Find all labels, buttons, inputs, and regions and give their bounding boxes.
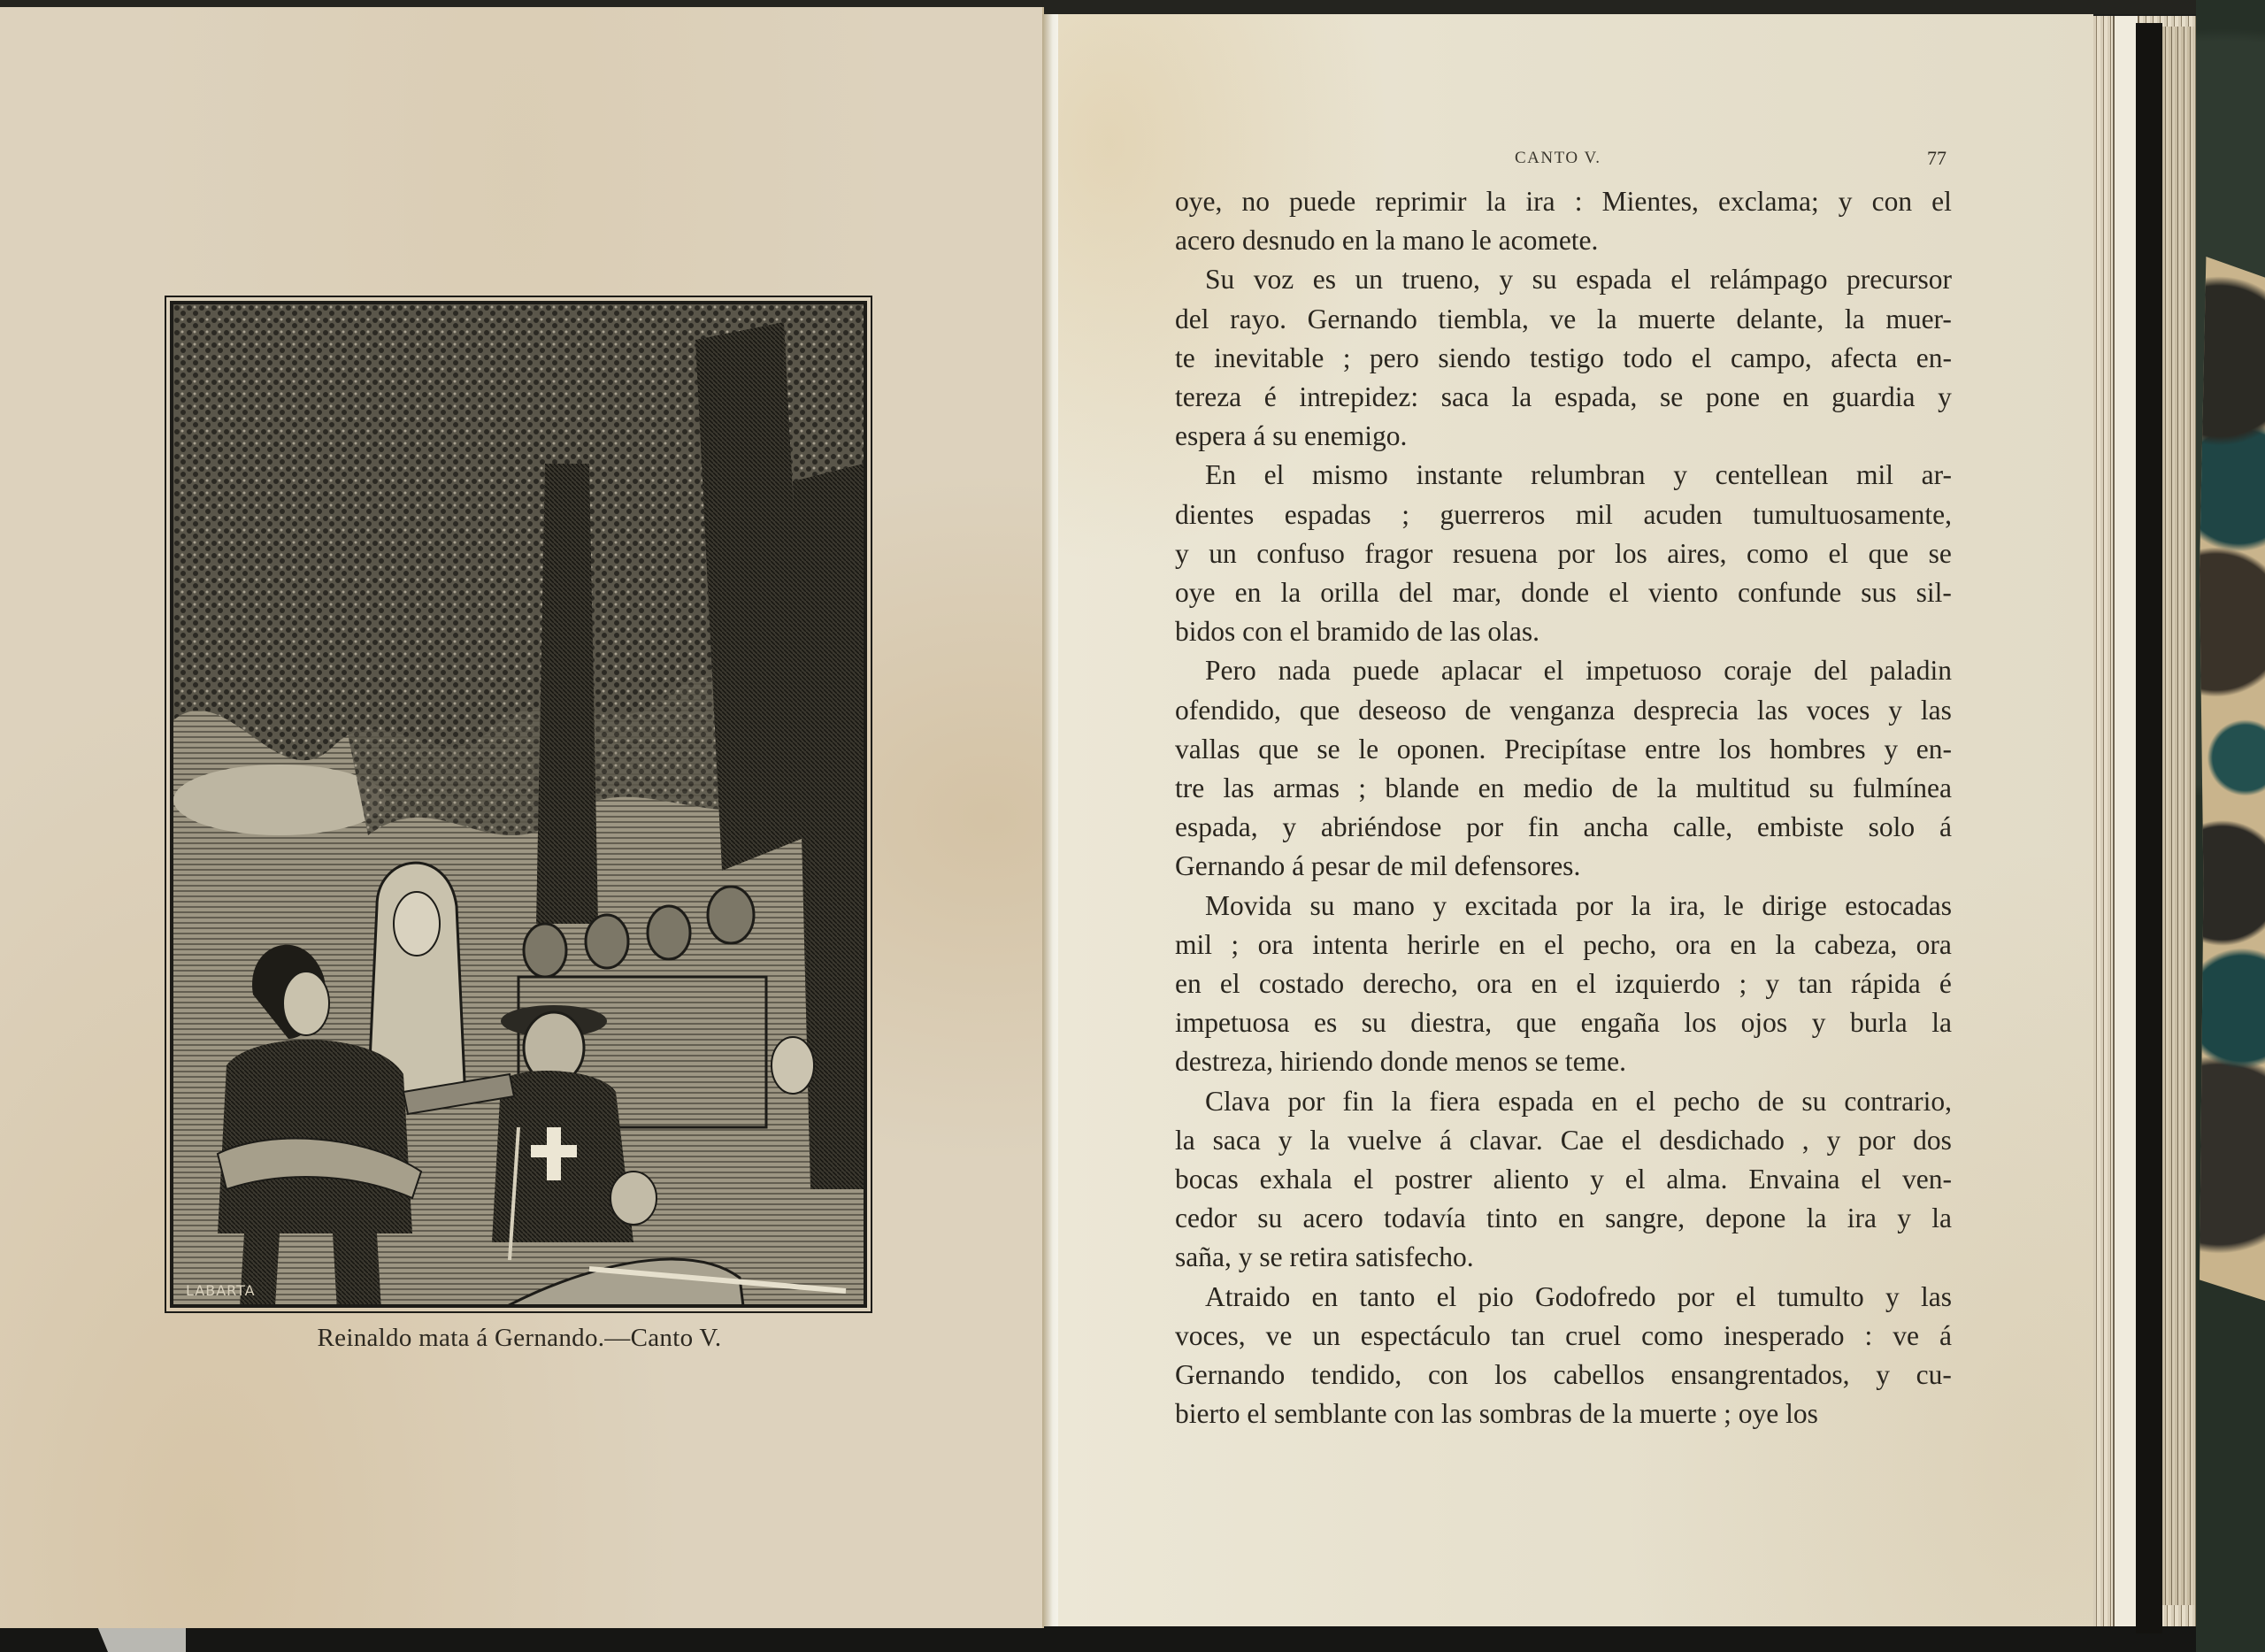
- word: cruel: [1565, 1317, 1621, 1356]
- word: la: [1931, 1003, 1952, 1042]
- word: que: [1516, 1003, 1556, 1042]
- word: pone: [1706, 378, 1760, 417]
- word: el: [1636, 1082, 1656, 1121]
- word: Su: [1205, 260, 1234, 299]
- word: dos: [1913, 1121, 1952, 1160]
- word: confunde: [1738, 573, 1841, 612]
- word: ar-: [1922, 456, 1952, 495]
- word: ven-: [1902, 1160, 1952, 1199]
- word: ira,: [1670, 887, 1706, 926]
- word: pero: [1370, 339, 1419, 378]
- word: desprecia: [1633, 691, 1739, 730]
- word: ;: [1739, 964, 1747, 1003]
- word: solo: [1869, 808, 1916, 847]
- word: contrario,: [1844, 1082, 1952, 1121]
- text-line: terezaéintrepidez:sacalaespada,seponeeng…: [1175, 378, 1952, 417]
- word: abriéndose: [1321, 808, 1441, 847]
- word: ora: [1258, 926, 1294, 964]
- word: que: [1869, 534, 1908, 573]
- marbled-endpaper: [2200, 257, 2265, 1301]
- word: y: [1432, 887, 1447, 926]
- word: dirige: [1762, 887, 1826, 926]
- word: derecho,: [1363, 964, 1458, 1003]
- word: engaña: [1581, 1003, 1660, 1042]
- word: su: [1801, 1082, 1826, 1121]
- word: le: [1358, 730, 1378, 769]
- word: en: [1311, 1278, 1338, 1317]
- word: mar,: [1452, 573, 1501, 612]
- running-head: CANTO V.: [1515, 149, 1601, 168]
- word: el: [1437, 1278, 1457, 1317]
- word: el: [1861, 1160, 1881, 1199]
- engraving-scene-icon: [173, 304, 864, 1304]
- word: vallas: [1175, 730, 1240, 769]
- word: vuelve: [1347, 1121, 1422, 1160]
- word: y: [1765, 964, 1779, 1003]
- word: guerreros: [1440, 496, 1545, 534]
- word: por: [1858, 1121, 1895, 1160]
- word: ;: [1343, 339, 1351, 378]
- word: en: [1592, 1082, 1618, 1121]
- text-line: Gernando á pesar de mil defensores.: [1175, 847, 1952, 886]
- word: coraje: [1724, 651, 1792, 690]
- word: campo,: [1731, 339, 1812, 378]
- word: y: [1673, 456, 1687, 495]
- text-line: AtraidoentantoelpioGodofredoporeltumulto…: [1175, 1278, 1952, 1317]
- word: y: [1885, 1278, 1900, 1317]
- word: es: [1314, 1003, 1337, 1042]
- text-line: impetuosaessudiestra,queengañalosojosybu…: [1175, 1003, 1952, 1042]
- text-line: cedorsuacerotodavíatintoensangre,deponel…: [1175, 1199, 1952, 1238]
- word: mil: [1576, 496, 1613, 534]
- word: oye,: [1175, 182, 1222, 221]
- word: :: [1575, 182, 1583, 221]
- text-line: mil;oraintentaherirleenelpecho,oraenlaca…: [1175, 926, 1952, 964]
- word: de: [1612, 769, 1639, 808]
- word: en: [1175, 964, 1202, 1003]
- word: hombres: [1770, 730, 1865, 769]
- text-line: Movidasumanoyexcitadaporlaira,ledirigees…: [1175, 887, 1952, 926]
- word: ora: [1676, 926, 1711, 964]
- word: el: [1670, 260, 1691, 299]
- word: voz: [1254, 260, 1294, 299]
- word: los: [1494, 1356, 1527, 1395]
- text-line: oye,nopuedereprimirlaira:Mientes,exclama…: [1175, 182, 1952, 221]
- word: diestra,: [1410, 1003, 1492, 1042]
- word: ;: [1358, 769, 1366, 808]
- word: su: [1362, 1003, 1386, 1042]
- text-line: espera á su enemigo.: [1175, 417, 1952, 456]
- word: tan: [1511, 1317, 1545, 1356]
- word: rápida: [1851, 964, 1921, 1003]
- word: Gernando: [1175, 1356, 1285, 1395]
- word: fin: [1528, 808, 1559, 847]
- word: dientes: [1175, 496, 1254, 534]
- text-line: Enelmismoinstanterelumbranycentelleanmil…: [1175, 456, 1952, 495]
- word: espadas: [1285, 496, 1371, 534]
- book-cover-bottom-edge: [0, 1626, 2265, 1652]
- text-line: Gernandotendido,conloscabellosensangrent…: [1175, 1356, 1952, 1395]
- word: se: [1929, 534, 1952, 573]
- text-line: enelcostadoderecho,oraenelizquierdo;ytan…: [1175, 964, 1952, 1003]
- text-line: teinevitable;perosiendotestigotodoelcamp…: [1175, 339, 1952, 378]
- word: testigo: [1530, 339, 1604, 378]
- word: á: [1939, 808, 1952, 847]
- text-line: lasacaylavuelveáclavar.Caeeldesdichado,y…: [1175, 1121, 1952, 1160]
- word: todavía: [1384, 1199, 1466, 1238]
- word: de: [1758, 1082, 1785, 1121]
- word: la: [1657, 769, 1678, 808]
- word: en-: [1916, 730, 1952, 769]
- word: relumbran: [1531, 456, 1645, 495]
- word: inevitable: [1214, 339, 1324, 378]
- word: é: [1264, 378, 1277, 417]
- text-line: bidos con el bramido de las olas.: [1175, 612, 1952, 651]
- word: puede: [1289, 182, 1355, 221]
- word: centellean: [1716, 456, 1829, 495]
- word: su: [1532, 260, 1557, 299]
- word: viento: [1648, 573, 1718, 612]
- text-line: oyeenlaorilladelmar,dondeelvientoconfund…: [1175, 573, 1952, 612]
- word: un: [1209, 534, 1237, 573]
- word: no: [1241, 182, 1270, 221]
- word: embiste: [1757, 808, 1844, 847]
- word: como: [1747, 534, 1808, 573]
- word: herirle: [1407, 926, 1479, 964]
- word: depone: [1705, 1199, 1785, 1238]
- word: delante,: [1736, 300, 1824, 339]
- word: el: [1931, 182, 1952, 221]
- paragraph: oye,nopuedereprimirlaira:Mientes,exclama…: [1175, 182, 1952, 260]
- word: y: [1812, 1003, 1826, 1042]
- word: cabeza,: [1815, 926, 1898, 964]
- word: los: [1719, 730, 1752, 769]
- word: en: [1730, 926, 1756, 964]
- word: clavar.: [1470, 1121, 1543, 1160]
- word: mano: [1353, 887, 1415, 926]
- word: que: [1300, 691, 1340, 730]
- word: espada: [1498, 1082, 1574, 1121]
- word: Cae: [1561, 1121, 1604, 1160]
- word: saca: [1213, 1121, 1261, 1160]
- word: su: [1257, 1199, 1282, 1238]
- word: orilla: [1320, 573, 1378, 612]
- text-line: espada,yabriéndoseporfinanchacalle,embis…: [1175, 808, 1952, 847]
- word: Gernando: [1308, 300, 1417, 339]
- word: siendo: [1438, 339, 1510, 378]
- word: excitada: [1465, 887, 1558, 926]
- word: con: [1872, 182, 1912, 221]
- page-edges-back: [2162, 27, 2194, 1605]
- text-line: bierto el semblante con las sombras de l…: [1175, 1395, 1952, 1433]
- word: y: [1888, 691, 1902, 730]
- word: por: [1678, 1278, 1715, 1317]
- word: venganza: [1509, 691, 1615, 730]
- paragraph: Enelmismoinstanterelumbranycentelleanmil…: [1175, 456, 1952, 651]
- word: los: [1615, 534, 1647, 573]
- word: aliento: [1493, 1160, 1570, 1199]
- paragraph: Clavaporfinlafieraespadaenelpechodesucon…: [1175, 1082, 1952, 1278]
- word: la: [1776, 926, 1796, 964]
- word: y: [1827, 1121, 1841, 1160]
- word: ancha: [1584, 808, 1648, 847]
- word: y: [1590, 1160, 1604, 1199]
- word: medio: [1524, 769, 1593, 808]
- word: la: [1512, 378, 1532, 417]
- word: armas: [1273, 769, 1340, 808]
- word: su: [1309, 887, 1334, 926]
- word: las: [1921, 1278, 1952, 1317]
- text-line: ofendido,quedeseosodevenganzadespreciala…: [1175, 691, 1952, 730]
- word: la: [1280, 573, 1301, 612]
- text-line: destreza, hiriendo donde menos se teme.: [1175, 1042, 1952, 1081]
- word: relámpago: [1710, 260, 1828, 299]
- word: espada: [1576, 260, 1652, 299]
- word: el: [1828, 534, 1848, 573]
- word: instante: [1416, 456, 1502, 495]
- word: es: [1313, 260, 1336, 299]
- word: pecho: [1673, 1082, 1739, 1121]
- word: mismo: [1312, 456, 1388, 495]
- word: izquierdo: [1615, 964, 1720, 1003]
- word: tanto: [1359, 1278, 1415, 1317]
- word: y: [1175, 534, 1189, 573]
- word: y: [1938, 378, 1952, 417]
- word: la: [1392, 1082, 1412, 1121]
- word: blande: [1385, 769, 1459, 808]
- text-line: dientesespadas;guerrerosmilacudentumultu…: [1175, 496, 1952, 534]
- word: del: [1175, 300, 1209, 339]
- word: del: [1814, 651, 1847, 690]
- word: oponen.: [1397, 730, 1486, 769]
- text-line: yunconfusofragorresuenaporlosaires,comoe…: [1175, 534, 1952, 573]
- word: fiera: [1429, 1082, 1480, 1121]
- word: sil-: [1916, 573, 1952, 612]
- word: la: [1597, 300, 1617, 339]
- word: Pero: [1205, 651, 1256, 690]
- word: En: [1205, 456, 1236, 495]
- word: el: [1354, 1160, 1374, 1199]
- word: todo: [1623, 339, 1672, 378]
- word: reprimir: [1375, 182, 1466, 221]
- word: confuso: [1256, 534, 1345, 573]
- word: deseoso: [1358, 691, 1447, 730]
- word: ;: [1401, 496, 1409, 534]
- word: por: [1466, 808, 1503, 847]
- word: sus: [1861, 573, 1896, 612]
- word: los: [1684, 1003, 1716, 1042]
- text-line: delrayo.Gernandotiembla,velamuertedelant…: [1175, 300, 1952, 339]
- word: se: [1660, 378, 1683, 417]
- page-number: 77: [1927, 147, 1946, 170]
- text-line: vallasqueseleoponen.Precipítaseentrelosh…: [1175, 730, 1952, 769]
- word: ve: [1550, 300, 1577, 339]
- word: la: [1631, 887, 1651, 926]
- word: multitud: [1696, 769, 1791, 808]
- word: por: [1557, 534, 1594, 573]
- word: la: [1931, 1199, 1952, 1238]
- word: sangre,: [1605, 1199, 1685, 1238]
- text-line: Peronadapuedeaplacarelimpetuosocorajedel…: [1175, 651, 1952, 690]
- word: postrer: [1394, 1160, 1471, 1199]
- word: Godofredo: [1535, 1278, 1655, 1317]
- left-page: LABARTA Reinaldo mata á Gernando.—Canto …: [0, 7, 1044, 1628]
- word: calle,: [1673, 808, 1732, 847]
- word: le: [1724, 887, 1744, 926]
- word: ojos: [1741, 1003, 1788, 1042]
- word: en: [1499, 926, 1525, 964]
- word: te: [1175, 339, 1195, 378]
- word: que: [1258, 730, 1298, 769]
- word: afecta: [1831, 339, 1897, 378]
- word: tinto: [1486, 1199, 1538, 1238]
- word: ira: [1525, 182, 1555, 221]
- word: rayo.: [1230, 300, 1286, 339]
- word: ira: [1847, 1199, 1877, 1238]
- word: donde: [1521, 573, 1589, 612]
- word: fulmínea: [1853, 769, 1952, 808]
- word: se: [1317, 730, 1340, 769]
- word: aplacar: [1441, 651, 1522, 690]
- word: Mientes,: [1602, 182, 1699, 221]
- word: el: [1220, 964, 1240, 1003]
- word: y: [1897, 1199, 1911, 1238]
- word: á: [1939, 1317, 1952, 1356]
- word: un: [1355, 260, 1384, 299]
- word: burla: [1850, 1003, 1908, 1042]
- text-line: saña, y se retira satisfecho.: [1175, 1238, 1952, 1277]
- word: Atraido: [1205, 1278, 1290, 1317]
- word: y: [1282, 808, 1296, 847]
- text-line: Clavaporfinlafieraespadaenelpechodesucon…: [1175, 1082, 1952, 1121]
- word: ,: [1802, 1121, 1809, 1160]
- text-line: acero desnudo en la mano le acomete.: [1175, 221, 1952, 260]
- word: en: [1558, 1199, 1585, 1238]
- word: puede: [1353, 651, 1419, 690]
- word: inesperado: [1724, 1317, 1844, 1356]
- word: tumultuosamente,: [1753, 496, 1952, 534]
- word: exclama;: [1718, 182, 1819, 221]
- word: el: [1609, 573, 1629, 612]
- word: la: [1486, 182, 1507, 221]
- word: un: [1312, 1317, 1340, 1356]
- word: desdichado: [1659, 1121, 1785, 1160]
- word: cabellos: [1554, 1356, 1645, 1395]
- word: espada,: [1175, 808, 1258, 847]
- word: espada,: [1555, 378, 1638, 417]
- word: del: [1399, 573, 1432, 612]
- word: y: [1884, 730, 1898, 769]
- engraving-illustration: LABARTA: [170, 301, 867, 1308]
- engraver-signature: LABARTA: [186, 1282, 256, 1299]
- word: intrepidez:: [1299, 378, 1418, 417]
- word: el: [1736, 1278, 1756, 1317]
- word: ;: [1231, 926, 1239, 964]
- word: y: [1876, 1356, 1890, 1395]
- word: pecho,: [1583, 926, 1656, 964]
- word: fragor: [1364, 534, 1432, 573]
- word: la: [1309, 1121, 1330, 1160]
- word: en: [1235, 573, 1262, 612]
- word: impetuoso: [1585, 651, 1701, 690]
- word: el: [1544, 926, 1564, 964]
- word: costado: [1259, 964, 1344, 1003]
- word: las: [1224, 769, 1255, 808]
- word: en: [1531, 964, 1557, 1003]
- word: tumulto: [1777, 1278, 1864, 1317]
- word: y: [1499, 260, 1513, 299]
- word: el: [1544, 651, 1564, 690]
- page-edge-gap: [2136, 23, 2162, 1633]
- word: tre: [1175, 769, 1204, 808]
- word: á: [1440, 1121, 1452, 1160]
- word: cu-: [1916, 1356, 1952, 1395]
- word: voces: [1807, 691, 1870, 730]
- word: tendido,: [1311, 1356, 1401, 1395]
- word: mil: [1175, 926, 1212, 964]
- word: como: [1641, 1317, 1703, 1356]
- word: mil: [1856, 456, 1893, 495]
- word: estocadas: [1845, 887, 1952, 926]
- word: su: [1809, 769, 1834, 808]
- word: entre: [1645, 730, 1701, 769]
- word: en: [1783, 378, 1809, 417]
- word: guardia: [1831, 378, 1915, 417]
- paragraph: Movidasumanoyexcitadaporlaira,ledirigees…: [1175, 887, 1952, 1082]
- word: en: [1478, 769, 1505, 808]
- paragraph: Peronadapuedeaplacarelimpetuosocorajedel…: [1175, 651, 1952, 886]
- word: por: [1288, 1082, 1325, 1121]
- text-line: Suvozesuntrueno,ysuespadaelrelámpagoprec…: [1175, 260, 1952, 299]
- word: voces,: [1175, 1317, 1246, 1356]
- paragraph: Suvozesuntrueno,ysuespadaelrelámpagoprec…: [1175, 260, 1952, 456]
- illustration-caption: Reinaldo mata á Gernando.—Canto V.: [170, 1324, 869, 1353]
- word: pio: [1478, 1278, 1514, 1317]
- word: intenta: [1312, 926, 1388, 964]
- word: Clava: [1205, 1082, 1270, 1121]
- word: el: [1625, 1160, 1646, 1199]
- word: y: [1839, 182, 1853, 221]
- word: en-: [1916, 339, 1952, 378]
- word: é: [1939, 964, 1952, 1003]
- word: tiembla,: [1439, 300, 1529, 339]
- text-line: trelasarmas;blandeenmediodelamultitudsuf…: [1175, 769, 1952, 808]
- word: las: [1757, 691, 1788, 730]
- word: Precipítase: [1504, 730, 1626, 769]
- word: y: [1278, 1121, 1293, 1160]
- word: aires,: [1667, 534, 1726, 573]
- word: ensangrentados,: [1670, 1356, 1849, 1395]
- word: exhala: [1260, 1160, 1332, 1199]
- word: espectáculo: [1361, 1317, 1491, 1356]
- word: ofendido,: [1175, 691, 1281, 730]
- word: cedor: [1175, 1199, 1237, 1238]
- word: alma.: [1666, 1160, 1727, 1199]
- word: oye: [1175, 573, 1215, 612]
- word: acero: [1303, 1199, 1363, 1238]
- word: la: [1845, 300, 1865, 339]
- paragraph: AtraidoentantoelpioGodofredoporeltumulto…: [1175, 1278, 1952, 1434]
- word: el: [1264, 456, 1285, 495]
- body-text: oye,nopuedereprimirlaira:Mientes,exclama…: [1175, 182, 1952, 1434]
- word: acuden: [1643, 496, 1722, 534]
- word: trueno,: [1402, 260, 1480, 299]
- word: paladin: [1870, 651, 1952, 690]
- word: la: [1807, 1199, 1827, 1238]
- page-edges-stack: [2093, 16, 2196, 1626]
- word: impetuosa: [1175, 1003, 1289, 1042]
- word: muerte: [1638, 300, 1715, 339]
